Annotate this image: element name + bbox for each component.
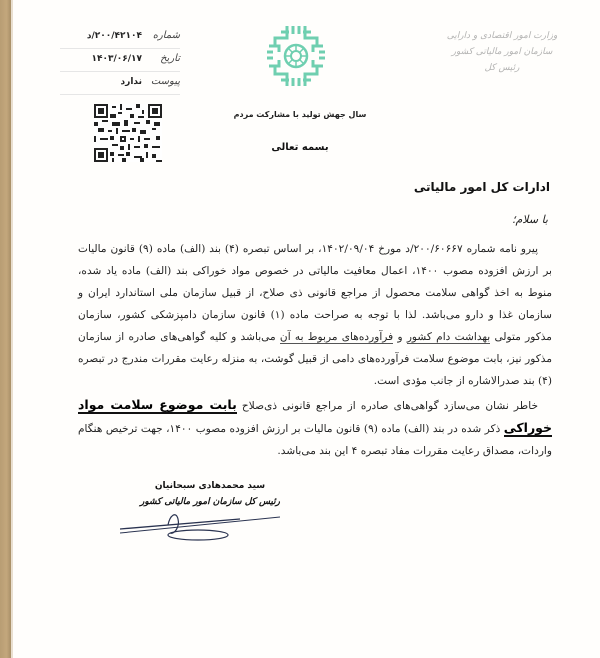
paragraph-text: پیرو نامه شماره ۲۰۰/۶۰۶۶۷/د مورخ ۱۴۰۲/۰۹…	[78, 243, 552, 343]
meta-label: شماره	[153, 30, 180, 41]
meta-date-row: تاریخ ۱۴۰۳/۰۶/۱۷	[60, 51, 180, 72]
scan-edge-strip	[0, 0, 11, 658]
meta-number-value: ۲۰۰/۴۲۱۰۴/د	[87, 31, 142, 41]
ministry-letterhead: وزارت امور اقتصادی و دارایی سازمان امور …	[432, 28, 572, 76]
tax-organization-logo-icon	[265, 24, 327, 88]
underlined-phrase: بهداشت دام کشور	[407, 331, 490, 344]
meta-label: پیوست	[151, 76, 180, 87]
paragraph-2: خاطر نشان می‌سازد گواهی‌های صادره از مرا…	[78, 394, 552, 462]
meta-date-value: ۱۴۰۳/۰۶/۱۷	[91, 54, 142, 64]
meta-label: تاریخ	[160, 53, 180, 64]
paragraph-text: خاطر نشان می‌سازد گواهی‌های صادره از مرا…	[237, 400, 538, 412]
recipient-heading: ادارات کل امور مالیاتی	[414, 180, 550, 194]
salutation: با سلام؛	[512, 213, 548, 226]
meta-attachment-value: ندارد	[121, 77, 142, 87]
ministry-line: سازمان امور مالیاتی کشور	[432, 44, 572, 60]
underlined-phrase: فرآورده‌های مربوط به آن	[280, 331, 393, 344]
meta-attachment-row: پیوست ندارد	[60, 74, 180, 95]
meta-number-row: شماره ۲۰۰/۴۲۱۰۴/د	[60, 28, 180, 49]
bismillah-heading: بسمه تعالی	[220, 142, 380, 153]
signatory-name: سید محمدهادی سبحانیان	[130, 478, 290, 494]
qr-code-icon	[94, 104, 162, 162]
year-slogan: سال جهش تولید با مشارکت مردم	[220, 110, 380, 119]
letter-meta: شماره ۲۰۰/۴۲۱۰۴/د تاریخ ۱۴۰۳/۰۶/۱۷ پیوست…	[60, 28, 180, 97]
signature-scribble-icon	[120, 505, 280, 545]
paragraph-1: پیرو نامه شماره ۲۰۰/۶۰۶۶۷/د مورخ ۱۴۰۲/۰۹…	[78, 238, 552, 392]
letter-body: پیرو نامه شماره ۲۰۰/۶۰۶۶۷/د مورخ ۱۴۰۲/۰۹…	[78, 238, 552, 462]
ministry-line: رئیس کل	[432, 60, 572, 76]
paragraph-text: ذکر شده در بند (الف) ماده (۹) قانون مالی…	[78, 423, 552, 457]
ministry-line: وزارت امور اقتصادی و دارایی	[432, 28, 572, 44]
paragraph-text: و	[393, 331, 407, 343]
